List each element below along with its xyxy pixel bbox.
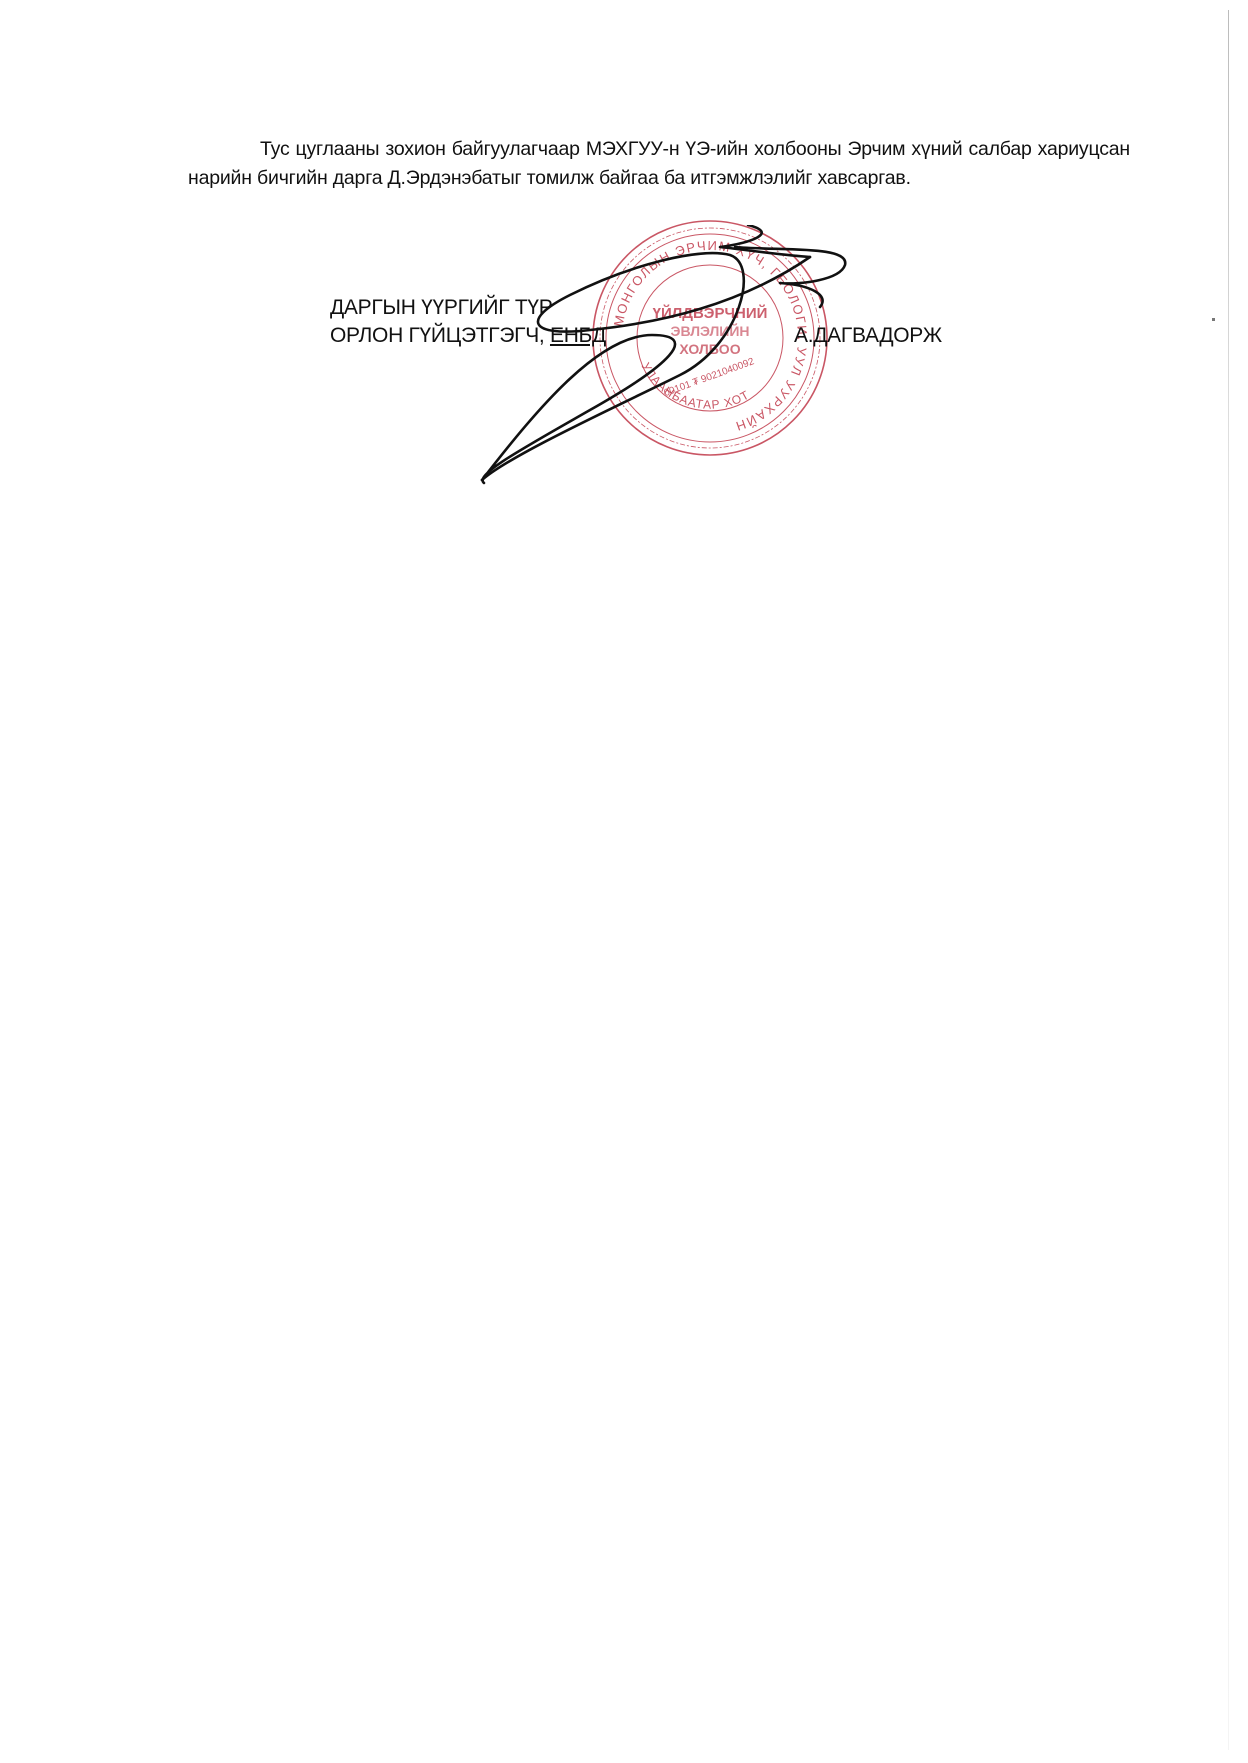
scan-speck [1212, 318, 1215, 321]
handwritten-signature [480, 225, 880, 505]
scan-edge-line [1228, 10, 1229, 1750]
body-paragraph: Тус цуглааны зохион байгуулагчаар МЭХГУУ… [188, 135, 1130, 193]
document-page: Тус цуглааны зохион байгуулагчаар МЭХГУУ… [0, 0, 1248, 1763]
